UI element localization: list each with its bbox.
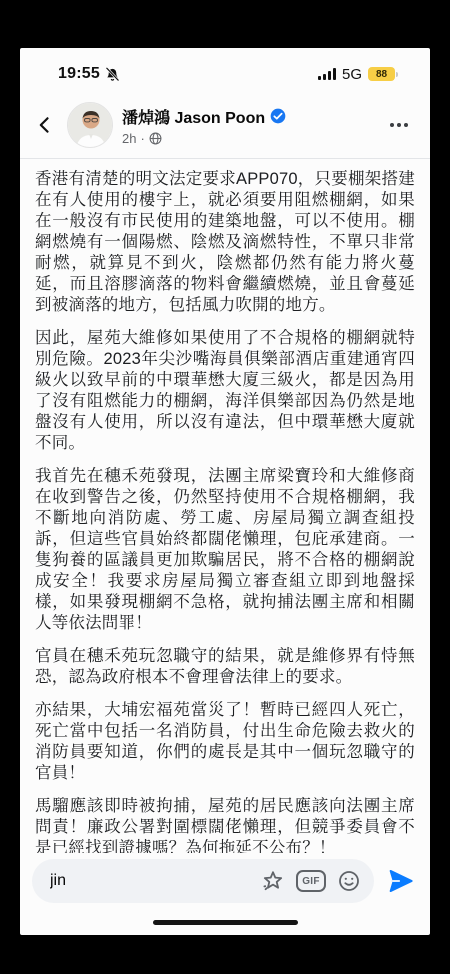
ellipsis-dot [397,123,401,127]
post-paragraph: 因此，屋苑大維修如果使用了不合規格的棚網就特別危險。2023年尖沙嘴海員俱樂部酒… [35,328,415,454]
profile-name[interactable]: 潘焯鴻 Jason Poon [122,105,265,128]
sticker-button[interactable] [258,866,288,896]
back-button[interactable] [32,112,58,138]
notifications-muted-icon [105,67,120,82]
comment-input-pill[interactable]: GIF [32,859,374,903]
post-paragraph: 馬騮應該即時被拘捕，屋苑的居民應該向法團主席問責！廉政公署對圍標闊佬懶理，但競爭… [35,796,415,853]
home-area [20,909,430,935]
cellular-signal-icon [318,68,336,80]
name-row: 潘焯鴻 Jason Poon [122,105,379,128]
post-meta: 2h · [122,131,379,146]
home-indicator[interactable] [153,920,298,925]
clock: 19:55 [58,65,100,83]
battery-percent: 88 [368,67,395,81]
composer-icons: GIF [258,866,364,896]
post-content: 香港有清楚的明文法定要求APP070，只要棚架搭建在有人使用的樓宇上，就必須要用… [20,159,430,853]
comment-input[interactable] [50,872,258,890]
timestamp: 2h [122,131,136,146]
gif-button[interactable]: GIF [296,870,326,892]
avatar-photo [68,103,113,148]
avatar[interactable] [67,102,113,148]
verified-badge-icon [270,108,286,124]
ellipsis-dot [390,123,394,127]
header-text-block: 潘焯鴻 Jason Poon 2h · [122,105,379,146]
privacy-globe-icon [149,132,162,145]
status-bar-right: 5G 88 [318,66,398,83]
meta-separator: · [140,131,144,146]
post-paragraph: 官員在穗禾苑玩忽職守的結果，就是維修界有恃無恐，認為政府根本不會理會法律上的要求… [35,646,415,688]
sticker-star-icon [261,869,285,893]
post-header: 潘焯鴻 Jason Poon 2h · [20,88,430,158]
send-button[interactable] [384,864,418,898]
network-type-label: 5G [342,66,362,83]
more-options-button[interactable] [388,117,410,133]
status-bar-left: 19:55 [58,65,120,83]
post-paragraph: 亦結果，大埔宏福苑當災了！暫時已經四人死亡，死亡當中包括一名消防員，付出生命危險… [35,700,415,784]
battery-cap [396,72,398,77]
app-screen: 19:55 5G 88 [20,48,430,935]
post-paragraph: 香港有清楚的明文法定要求APP070，只要棚架搭建在有人使用的樓宇上，就必須要用… [35,169,415,316]
ellipsis-dot [404,123,408,127]
comment-composer: GIF [20,853,430,909]
phone-photo-background: { "status_bar": { "time": "19:55", "netw… [0,0,450,974]
smiley-icon [337,869,361,893]
send-arrow-icon [387,867,415,895]
chevron-left-icon [35,115,55,135]
battery-icon: 88 [368,67,398,81]
emoji-button[interactable] [334,866,364,896]
status-bar: 19:55 5G 88 [20,48,430,88]
post-paragraph: 我首先在穗禾苑發現，法團主席梁寶玲和大維修商在收到警告之後，仍然堅持使用不合規格… [35,466,415,634]
